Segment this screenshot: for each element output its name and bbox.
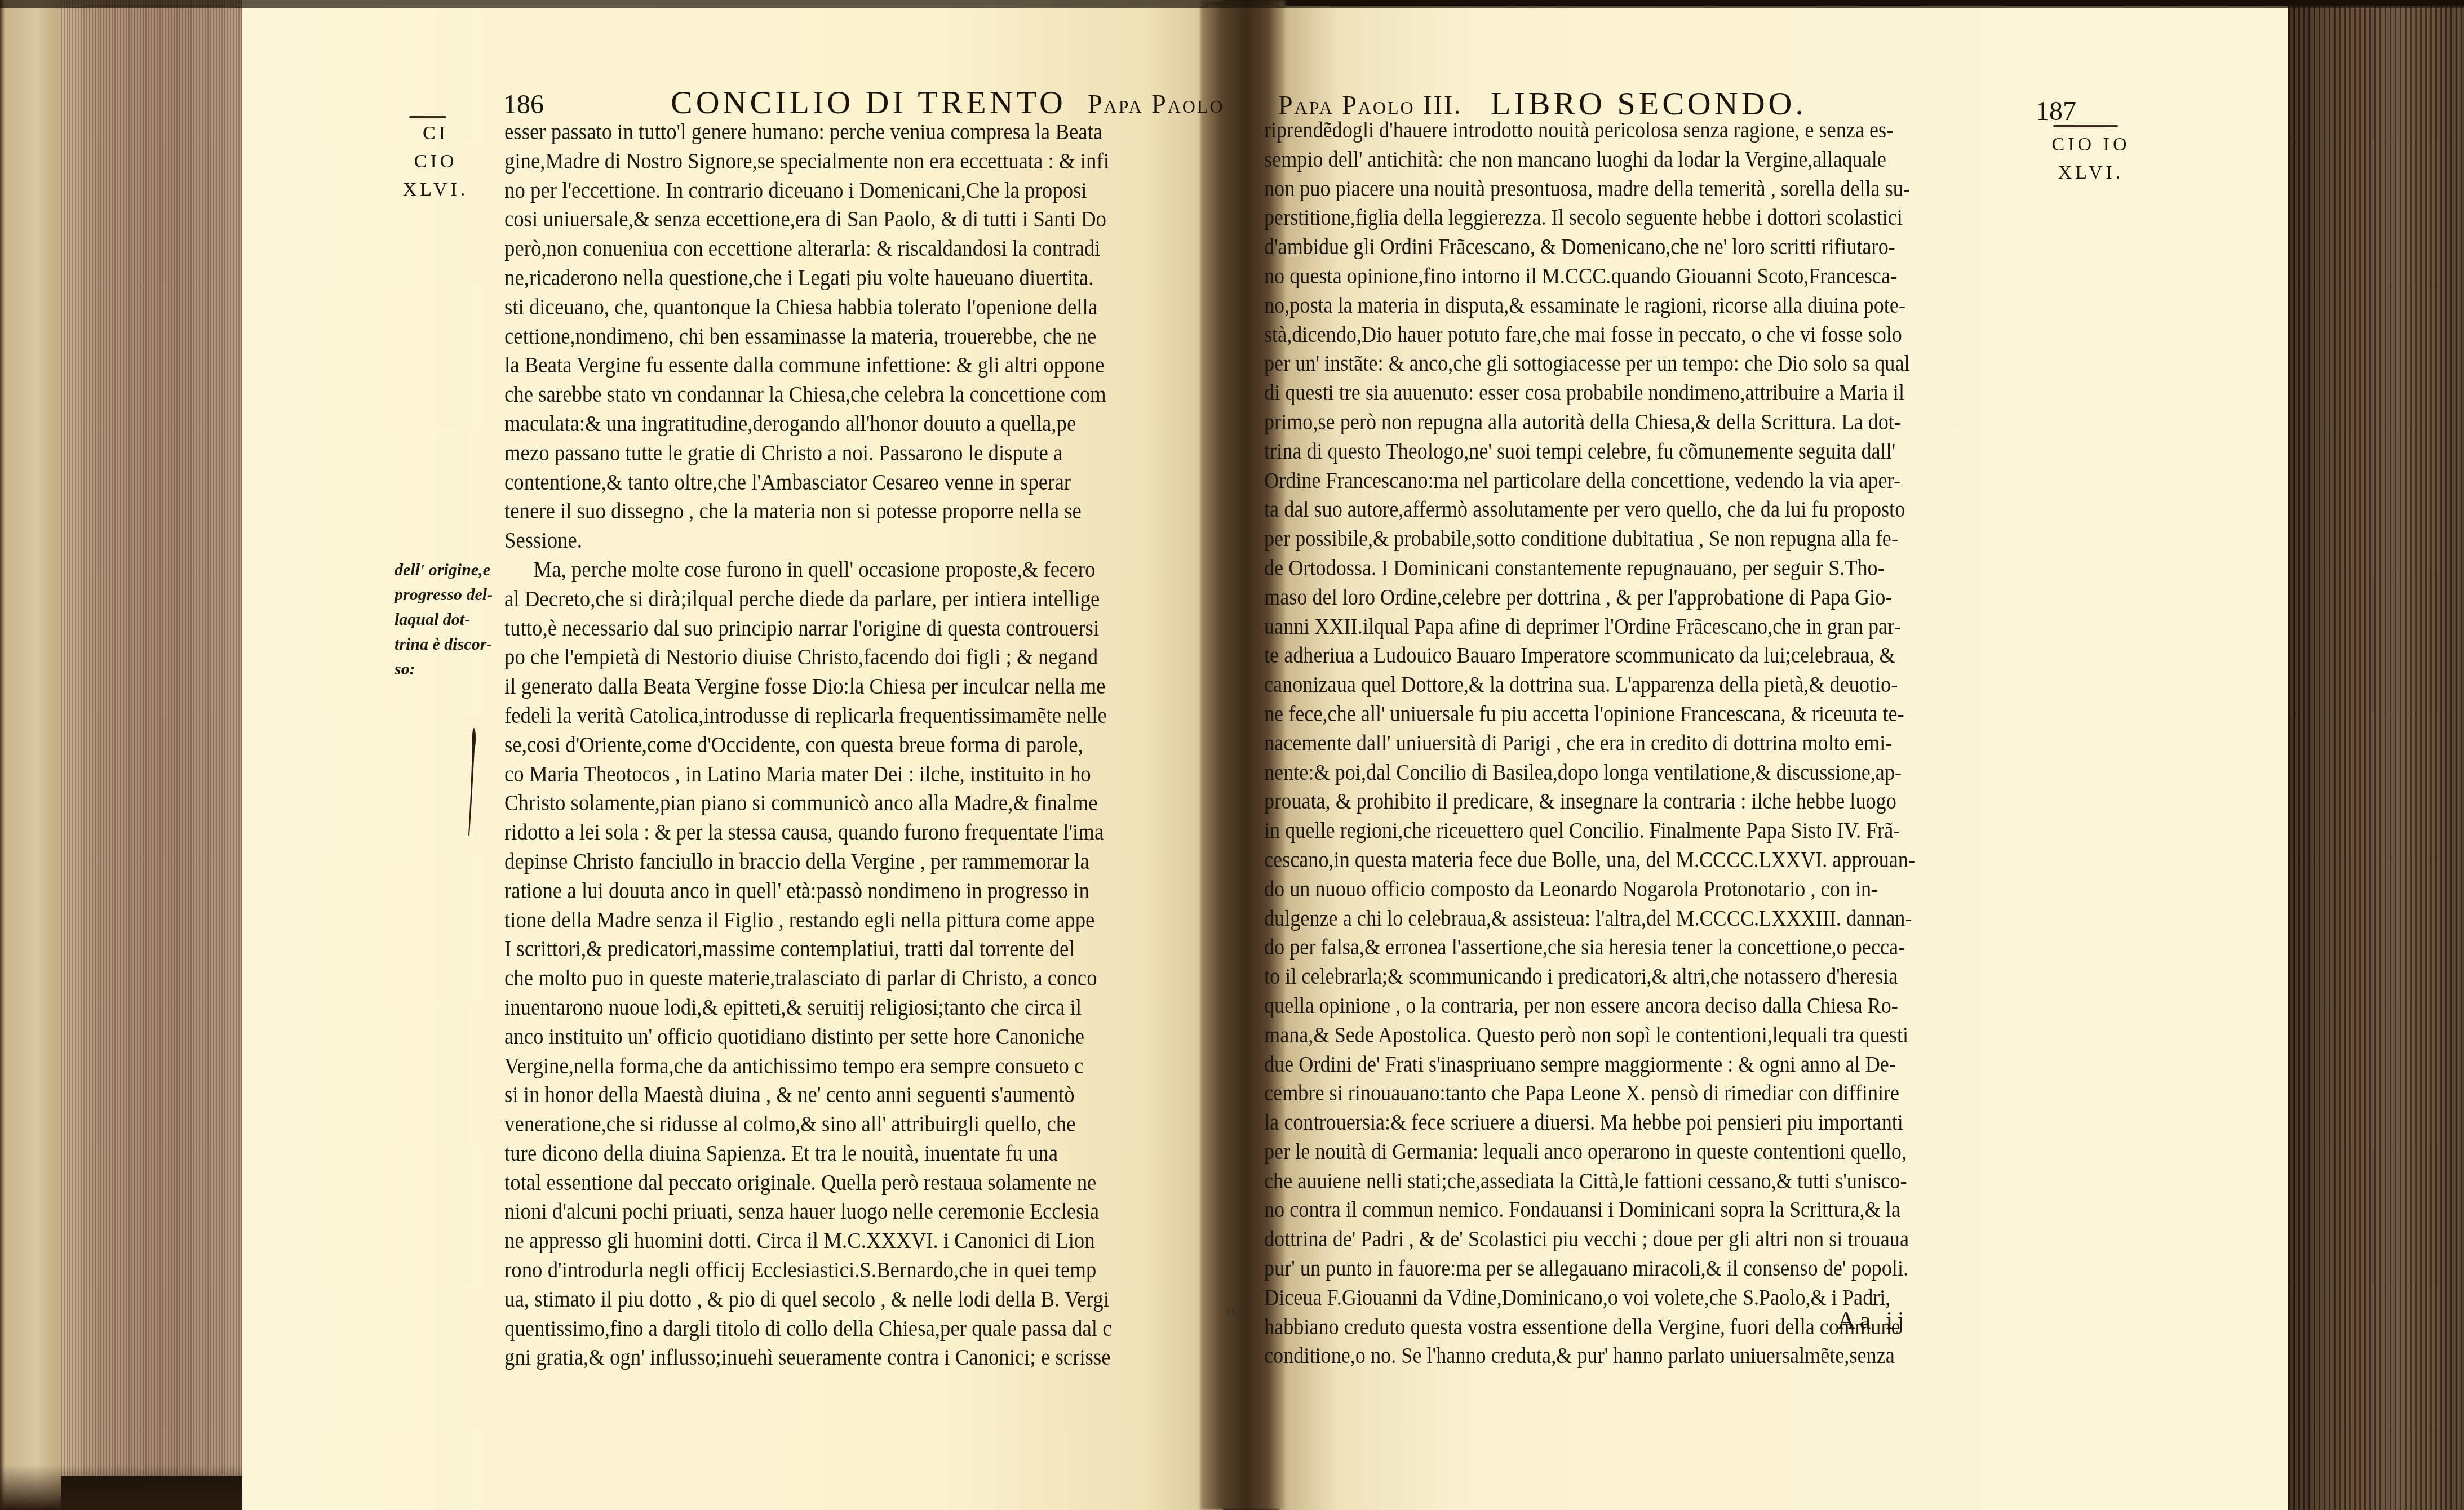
left-page-edges [61,0,248,1476]
gloss-line: trina è discor- [395,632,496,657]
text-line: Sessione. [504,526,1178,555]
margin-gloss: dell' origine,e progresso del- laqual do… [395,558,496,682]
text-line: I scrittori,& predicatori,massime contem… [504,934,1178,963]
text-line: contentione,& tanto oltre,che l'Ambascia… [504,468,1178,497]
text-line: veneratione,che si ridusse al colmo,& si… [504,1109,1178,1139]
text-line: cosi uniuersale,& senza eccettione,era d… [504,205,1178,234]
margin-year-right: CIO IO XLVI. [2051,131,2130,187]
left-bottom-shadow [0,1465,259,1510]
text-line: due Ordini de' Frati s'inaspriuano sempr… [1264,1050,1963,1079]
text-line: tenere il suo dissegno , che la materia … [504,496,1178,526]
left-body-text: esser passato in tutto'l genere humano: … [504,117,1178,1372]
text-line: d'ambidue gli Ordini Frãcescano, & Domen… [1264,232,1963,261]
signature-mark: Aa ij [1837,1306,1909,1335]
text-line: no questa opinione,fino intorno il M.CCC… [1264,261,1963,291]
text-line: sempio dell' antichità: che non mancano … [1264,145,1963,174]
year-line: XLVI. [399,176,472,204]
text-line: quentissimo,fino a dargli titolo di coll… [504,1314,1178,1343]
text-line: tione della Madre senza il Figlio , rest… [504,905,1178,935]
text-line: nente:& poi,dal Concilio di Basilea,dopo… [1264,758,1963,787]
text-line: trina di questo Theologo,ne' suoi tempi … [1264,437,1963,466]
text-line: non puo piacere una nouità presontuosa, … [1264,174,1963,203]
text-line: ne appresso gli huomini dotti. Circa il … [504,1226,1178,1255]
top-shadow [0,0,2464,8]
text-line: in quelle regioni,che riceuettero quel C… [1264,816,1963,845]
text-line: mezo passano tutte le gratie di Christo … [504,438,1178,468]
text-line: canonizaua quel Dottore,& la dottrina su… [1264,670,1963,699]
left-folio: 186 [503,89,544,120]
paragraph-start-line: Ma, perche molte cose furono in quell' o… [504,555,1178,584]
text-line: co Maria Theotocos , in Latino Maria mat… [504,760,1178,789]
text-line: do per falsa,& erronea l'assertione,che … [1264,932,1963,962]
text-line: per le nouità di Germania: lequali anco … [1264,1137,1963,1166]
left-running-sub: Papa Paolo [1088,89,1225,119]
text-line: tutto,è necessario dal suo principio nar… [504,614,1178,643]
text-line: quella opinione , o la contraria, per no… [1264,991,1963,1020]
text-line: uanni XXII.ilqual Papa afine di deprimer… [1264,612,1963,641]
open-book-spread: 186 CONCILIO DI TRENTO Papa Paolo Papa P… [0,0,2464,1510]
ink-mark-annotation [467,727,477,837]
year-line: XLVI. [2051,159,2130,187]
text-line: per possibile,& probabile,sotto conditio… [1264,524,1963,553]
text-line: al Decreto,che si dirà;ilqual perche die… [504,584,1178,614]
gloss-line: laqual dot- [395,607,496,632]
text-line: Vergine,nella forma,che da antichissimo … [504,1051,1178,1081]
text-line: ne,ricaderono nella questione,che i Lega… [504,263,1178,292]
text-line: maso del loro Ordine,celebre per dottrin… [1264,583,1963,612]
text-line: prouata, & prohibito il predicare, & ins… [1264,787,1963,816]
year-line: CIO IO [2051,131,2130,159]
text-line: cettione,nondimeno, chi ben essaminasse … [504,322,1178,351]
margin-year-left: CI CIO XLVI. [399,119,472,204]
text-line: però,non conueniua con eccettione altera… [504,234,1178,263]
text-line: che auuiene nelli stati;che,assediata la… [1264,1166,1963,1196]
text-line: gni gratia,& ogn' influsso;inuehì seuera… [504,1343,1178,1372]
year-rule-left [409,116,446,118]
catchword: ua [1226,1302,1242,1321]
text-line: maculata:& una ingratitudine,derogando a… [504,409,1178,438]
text-line: no contra il commun nemico. Fondauansi i… [1264,1195,1963,1224]
text-line: no,posta la materia in disputa,& essamin… [1264,291,1963,320]
text-line: sti diceuano, che, quantonque la Chiesa … [504,292,1178,322]
text-line: ratione a lui douuta anco in quell' età:… [504,876,1178,905]
text-line: ridotto a lei sola : & per la stessa cau… [504,818,1178,847]
text-line: nacemente dall' uniuersità di Parigi , c… [1264,729,1963,758]
left-running-title: CONCILIO DI TRENTO [671,83,1066,121]
right-folio: 187 [2036,96,2076,127]
text-line: to il celebrarla;& scommunicando i predi… [1264,962,1963,991]
text-line: ne fece,che all' uniuersale fu piu accet… [1264,699,1963,729]
text-line: riprendẽdogli d'hauere introdotto nouità… [1264,116,1963,145]
text-line: ua, stimato il piu dotto , & pio di quel… [504,1285,1178,1314]
gloss-line: so: [395,657,496,682]
text-line: Christo solamente,pian piano si communic… [504,788,1178,818]
text-line: Ordine Francescano:ma nel particolare de… [1264,466,1963,495]
text-line: si in honor della Maestà diuina , & ne' … [504,1080,1178,1109]
text-line: per un' instãte: & anco,che gli sottogia… [1264,349,1963,378]
text-line: cescano,in questa materia fece due Bolle… [1264,845,1963,874]
text-line: do un nuouo officio composto da Leonardo… [1264,874,1963,904]
left-cover-edge [0,0,61,1510]
text-line: la Beata Vergine fu essente dalla commun… [504,350,1178,380]
text-line: gine,Madre di Nostro Signore,se specialm… [504,146,1178,176]
text-line: te adheriua a Ludouico Bauaro Imperatore… [1264,641,1963,670]
text-line: se,cosi d'Oriente,come d'Occidente, con … [504,730,1178,760]
right-body-text: riprendẽdogli d'hauere introdotto nouità… [1264,116,1963,1370]
text-line: dottrina de' Padri , & de' Scolastici pi… [1264,1224,1963,1254]
year-rule-right [2053,125,2118,127]
text-line: total essentione dal peccato originale. … [504,1168,1178,1197]
text-line: conditione,o no. Se l'hanno creduta,& pu… [1264,1341,1963,1370]
text-line: dulgenze a chi lo celebraua,& assisteua:… [1264,904,1963,933]
text-line: di questi tre sia auuenuto: esser cosa p… [1264,378,1963,407]
text-line: de Ortodossa. I Dominicani constantement… [1264,553,1963,583]
gloss-line: progresso del- [395,583,496,607]
text-line: pur' un punto in fauore:ma per se allega… [1264,1254,1963,1283]
text-line: perstitione,figlia della leggierezza. Il… [1264,203,1963,232]
text-line: no per l'eccettione. In contrario diceua… [504,176,1178,205]
text-line: che sarebbe stato vn condannar la Chiesa… [504,380,1178,409]
gloss-line: dell' origine,e [395,558,496,583]
text-line: ture dicono della diuina Sapienza. Et tr… [504,1139,1178,1168]
text-line: rono d'introdurla negli officij Ecclesia… [504,1255,1178,1285]
right-page-edges [2288,6,2464,1510]
text-line: stà,dicendo,Dio hauer potuto fare,che ma… [1264,320,1963,349]
text-line: fedeli la verità Catolica,introdusse di … [504,701,1178,730]
text-line: esser passato in tutto'l genere humano: … [504,117,1178,146]
text-line: cembre si rinouauano:tanto che Papa Leon… [1264,1078,1963,1108]
text-line: la controuersia:& fece scriuere a diuers… [1264,1108,1963,1137]
text-line: il generato dalla Beata Vergine fosse Di… [504,672,1178,701]
text-line: anco instituito un' officio quotidiano d… [504,1022,1178,1051]
text-line: che molto puo in queste materie,tralasci… [504,963,1178,993]
year-line: CI CIO [399,119,472,176]
text-line: ta dal suo autore,affermò assolutamente … [1264,495,1963,524]
text-line: depinse Christo fanciullo in braccio del… [504,847,1178,876]
text-line: nioni d'alcuni pochi priuati, senza haue… [504,1197,1178,1226]
text-line: primo,se però non repugna alla autorità … [1264,407,1963,437]
text-line: po che l'empietà di Nestorio diuise Chri… [504,642,1178,672]
text-line: inuentarono nuoue lodi,& epitteti,& seru… [504,993,1178,1022]
text-line: mana,& Sede Apostolica. Questo però non … [1264,1020,1963,1050]
